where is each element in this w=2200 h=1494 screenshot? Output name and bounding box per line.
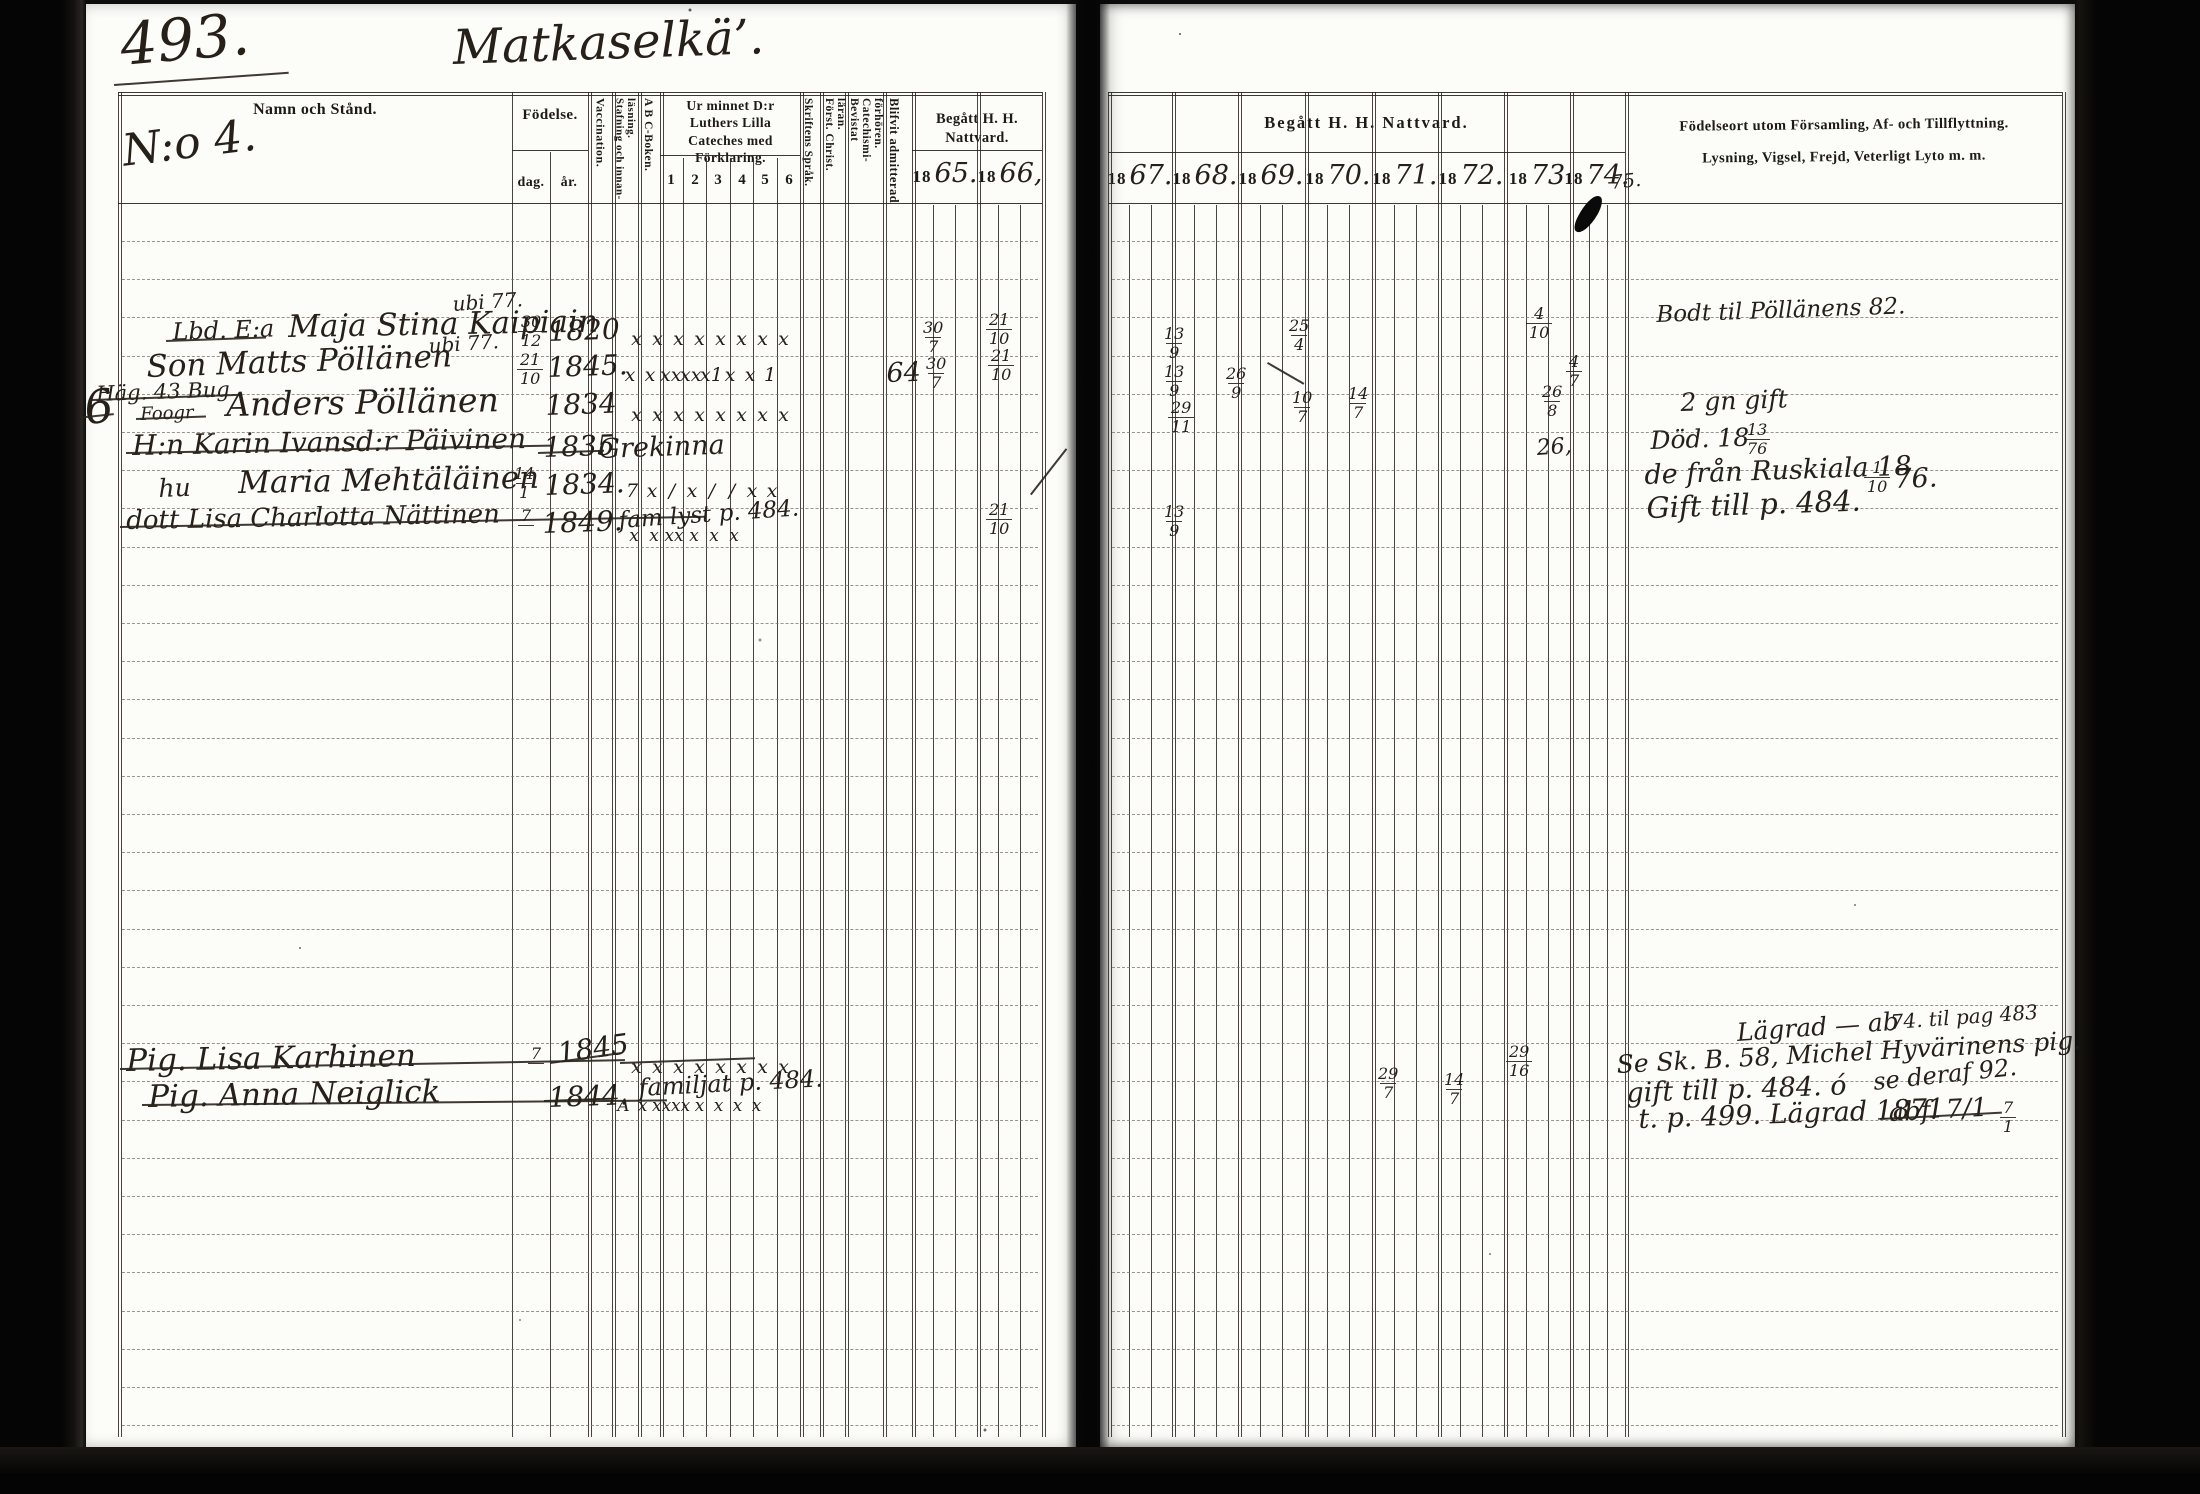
date-fraction: 141 [512,466,536,501]
ruled-row-line [122,1387,1038,1388]
date-fraction: 107 [1290,390,1314,425]
handwriting-text: 1845. [547,351,628,382]
ruled-row-line [1112,1311,2058,1312]
table-vertical-rule [820,92,821,1437]
col-header-dag: dag. [512,174,550,192]
handwriting-text: Död. 18 [1650,425,1750,453]
col-header-abc-boken: A B C-Boken. [642,98,659,202]
handwriting-text: dott Lisa Charlotta Nättinen [126,501,500,534]
ruled-row-line [1112,356,2058,357]
table-vertical-rule [1628,92,1629,1437]
table-vertical-rule [1175,92,1176,1437]
handwriting-text: Pig. Lisa Karhinen [126,1041,416,1077]
year-75-note: 75. [1610,171,1642,193]
table-vertical-rule [800,92,801,1437]
ruled-row-line [1112,1272,2058,1273]
ruled-row-line [122,814,1038,815]
table-horizontal-rule [912,150,1042,151]
handwriting-text: Foogr [140,404,194,424]
table-vertical-rule [1129,205,1130,1437]
table-vertical-rule [1282,205,1283,1437]
table-vertical-rule [1045,92,1046,1437]
ruled-row-line [122,1120,1038,1121]
table-horizontal-rule [1108,92,2062,93]
date-fraction: 2911 [1168,400,1194,435]
table-vertical-rule [118,92,119,1437]
handwriting-text: Häg. 43 Bug [96,379,230,405]
ruled-row-line [122,279,1038,280]
table-vertical-rule [1394,205,1395,1437]
ruled-row-line [1112,317,2058,318]
cateches-subcol-number: 5 [755,172,775,189]
table-vertical-rule [641,92,642,1437]
col-header-namn: Namn och Stånd. [118,100,512,121]
table-vertical-rule [1589,205,1590,1437]
col-header-fodelse: Födelse. [512,106,588,126]
table-vertical-rule [955,205,956,1437]
ruled-row-line [122,1234,1038,1235]
ruled-row-line [1112,547,2058,548]
table-vertical-rule [1327,205,1328,1437]
scan-frame-bottom [0,1447,2200,1494]
ruled-row-line [1112,814,2058,815]
table-vertical-rule [638,92,639,1437]
table-vertical-rule [591,92,592,1437]
date-fraction: 147 [1442,1072,1466,1107]
table-vertical-rule [612,92,613,1437]
col-header-begatt-right: Begått H. H. Nattvard. [1108,112,1625,133]
cateches-subcol-number: 6 [779,172,799,189]
ruled-row-line [1112,852,2058,853]
table-horizontal-rule [1108,95,2062,96]
date-fraction: 139 [1162,504,1186,539]
handwriting-text: 2 gn gift [1680,386,1788,415]
ruled-row-line [1112,1387,2058,1388]
date-fraction: 110 [1864,460,1890,495]
date-fraction: 307 [924,356,948,391]
col-header-vaccination: Vaccination. [594,98,611,202]
ruled-row-line [122,699,1038,700]
table-vertical-rule [1460,205,1461,1437]
ruled-row-line [1112,279,2058,280]
ruled-row-line [122,1196,1038,1197]
handwriting-text: 1834. [544,469,625,500]
table-vertical-rule [883,92,884,1437]
handwriting-text: Gift till p. 484. [1646,487,1861,523]
date-fraction: 2916 [1506,1044,1532,1079]
x-marks-row: xxxxxxxx [626,330,794,349]
table-vertical-rule [1260,205,1261,1437]
date-fraction: 71 [2000,1100,2016,1135]
table-vertical-rule [663,92,664,1437]
date-fraction: 7 [518,508,534,535]
table-vertical-rule [1172,92,1173,1437]
cateches-subcol-number: 4 [732,172,752,189]
date-fraction: 2110 [986,312,1012,347]
ruled-row-line [1112,394,2058,395]
table-vertical-rule [1526,205,1527,1437]
table-vertical-rule [1504,92,1505,1437]
cateches-subcol-number: 1 [661,172,681,189]
ruled-row-line [122,1311,1038,1312]
table-vertical-rule [1607,205,1608,1437]
date-fraction: 1376 [1744,422,1770,457]
date-fraction: 3012 [518,314,544,349]
table-vertical-rule [1482,205,1483,1437]
ruled-row-line [122,1272,1038,1273]
col-header-stafning: Stafning och innan- läsning. [613,98,639,202]
col-header-forst-christ-laran: Först. Christ. läran. [823,98,842,204]
table-vertical-rule [1625,92,1626,1437]
table-vertical-rule [1308,92,1309,1437]
x-marks-row: xxxxxxx [624,528,744,545]
table-vertical-rule [915,92,916,1437]
ruled-row-line [122,1005,1038,1006]
table-vertical-rule [1441,92,1442,1437]
table-vertical-rule [980,92,981,1437]
x-marks-row: xxxxxxxx [626,406,794,425]
page-title: Matkaselkä’. [452,13,765,72]
date-fraction: 139 [1162,364,1186,399]
table-vertical-rule [848,92,849,1437]
date-fraction: 47 [1566,354,1582,389]
ruled-row-line [1112,967,2058,968]
col-header-skriftens-sprak: Skriftens Språk. [802,98,818,204]
table-vertical-rule [845,92,846,1437]
table-vertical-rule [1216,205,1217,1437]
ruled-row-line [1112,661,2058,662]
ruled-row-line [1112,1005,2058,1006]
table-vertical-rule [1507,92,1508,1437]
ruled-row-line [122,1349,1038,1350]
ruled-row-line [122,890,1038,891]
ruled-row-line [1112,738,2058,739]
table-vertical-rule [1570,92,1571,1437]
table-horizontal-rule [1108,152,1625,153]
ruled-row-line [1112,241,2058,242]
table-vertical-rule [1375,92,1376,1437]
table-vertical-rule [823,92,824,1437]
handwriting-text: Pig. Anna Neiglick [148,1077,441,1113]
table-vertical-rule [886,92,887,1437]
scan-frame-right [2074,0,2200,1494]
col-header-ar: år. [550,174,588,192]
ruled-row-line [1112,508,2058,509]
ruled-row-line [122,967,1038,968]
handwriting-text: hu [158,475,191,501]
col-header-blifvit-admitterad: Blifvit admitterad [887,98,907,204]
date-fraction: 410 [1526,306,1552,341]
table-vertical-rule [2065,92,2066,1437]
table-horizontal-rule [118,95,1042,96]
handwriting-text: 1849. [542,507,623,538]
table-vertical-rule [977,92,978,1437]
ruled-row-line [122,623,1038,624]
ruled-row-line [122,1158,1038,1159]
ruled-row-line [1112,585,2058,586]
handwriting-text: 64 [886,359,921,387]
ruled-row-line [1112,432,2058,433]
date-fraction: 297 [1376,1066,1400,1101]
handwriting-text: 76. [1894,465,1938,493]
cateches-subcol-number: 2 [685,172,705,189]
table-vertical-rule [1573,92,1574,1437]
table-vertical-rule [1241,92,1242,1437]
table-vertical-rule [615,92,616,1437]
table-horizontal-rule [118,203,1042,204]
table-vertical-rule [1108,92,1109,1437]
ruled-row-line [1112,699,2058,700]
table-vertical-rule [660,92,661,1437]
ruled-row-line [122,547,1038,548]
date-fraction: 139 [1162,326,1186,361]
ruled-row-line [122,738,1038,739]
handwriting-text: 26, [1536,436,1572,460]
ruled-row-line [1112,1234,2058,1235]
handwriting-text: Maria Mehtäläinen [238,463,539,499]
date-fraction: 147 [1346,386,1370,421]
table-vertical-rule [2062,92,2063,1437]
handwriting-text: H:n Karin Ivansd:r Päivinen [132,425,526,460]
table-vertical-rule [1238,92,1239,1437]
year-label: 1866, [970,158,1050,189]
handwriting-text: Grekinna [598,432,725,463]
ruled-row-line [1112,1349,2058,1350]
table-vertical-rule [1020,205,1021,1437]
date-fraction: 268 [1540,384,1564,419]
table-vertical-rule [912,92,913,1437]
date-fraction: 269 [1224,366,1248,401]
table-vertical-rule [998,205,999,1437]
table-horizontal-rule [118,92,1042,93]
handwriting-text: abf. 7/1 [1888,1095,1988,1126]
left-page [86,4,1076,1447]
page-gutter-shadow [1066,0,1110,1494]
ruled-row-line [1112,623,2058,624]
table-vertical-rule [803,92,804,1437]
col-header-bevistat: Bevistat Catechismi- förhören. [848,98,880,204]
ruled-row-line [122,661,1038,662]
table-vertical-rule [1194,205,1195,1437]
date-fraction: 2110 [988,348,1014,383]
table-vertical-rule [1372,92,1373,1437]
ruled-row-line [122,585,1038,586]
date-fraction: 307 [921,320,945,355]
table-horizontal-rule [512,150,588,151]
table-vertical-rule [1305,92,1306,1437]
ruled-row-line [1112,1425,2058,1426]
table-vertical-rule [1111,92,1112,1437]
ruled-row-line [122,929,1038,930]
table-vertical-rule [753,158,754,1437]
cateches-subcol-number: 3 [708,172,728,189]
x-marks-row: Axxxxxxxxx [614,1098,766,1115]
handwriting-text: Anders Pöllänen [226,383,499,421]
scanned-parish-register: Namn och Stånd. Födelse. dag. år. Vaccin… [0,0,2200,1494]
ruled-row-line [122,776,1038,777]
ruled-row-line [122,1425,1038,1426]
ruled-row-line [1112,1196,2058,1197]
ruled-row-line [1112,890,2058,891]
ruled-row-line [1112,929,2058,930]
table-vertical-rule [706,158,707,1437]
table-vertical-rule [588,92,589,1437]
date-fraction: 7 [528,1046,544,1073]
table-vertical-rule [1151,205,1152,1437]
ruled-row-line [122,852,1038,853]
ruled-row-line [1112,1158,2058,1159]
ruled-row-line [122,241,1038,242]
ruled-row-line [1112,776,2058,777]
handwriting-text: ubi 77. [452,289,523,314]
handwriting-text: 1820 [548,316,620,346]
table-vertical-rule [1438,92,1439,1437]
table-vertical-rule [121,92,122,1437]
scan-frame-left [0,0,86,1494]
table-vertical-rule [1416,205,1417,1437]
date-fraction: 2110 [517,352,543,387]
table-horizontal-rule [660,155,800,156]
date-fraction: 254 [1287,318,1311,353]
date-fraction: 2110 [986,502,1012,537]
x-marks-row: xxxxxxx1xx1 [620,366,780,385]
table-vertical-rule [730,158,731,1437]
handwriting-text: ubi 77. [428,331,499,356]
handwriting-text: 1834 [545,390,617,420]
table-vertical-rule [1042,92,1043,1437]
page-number: 493. [118,5,252,74]
